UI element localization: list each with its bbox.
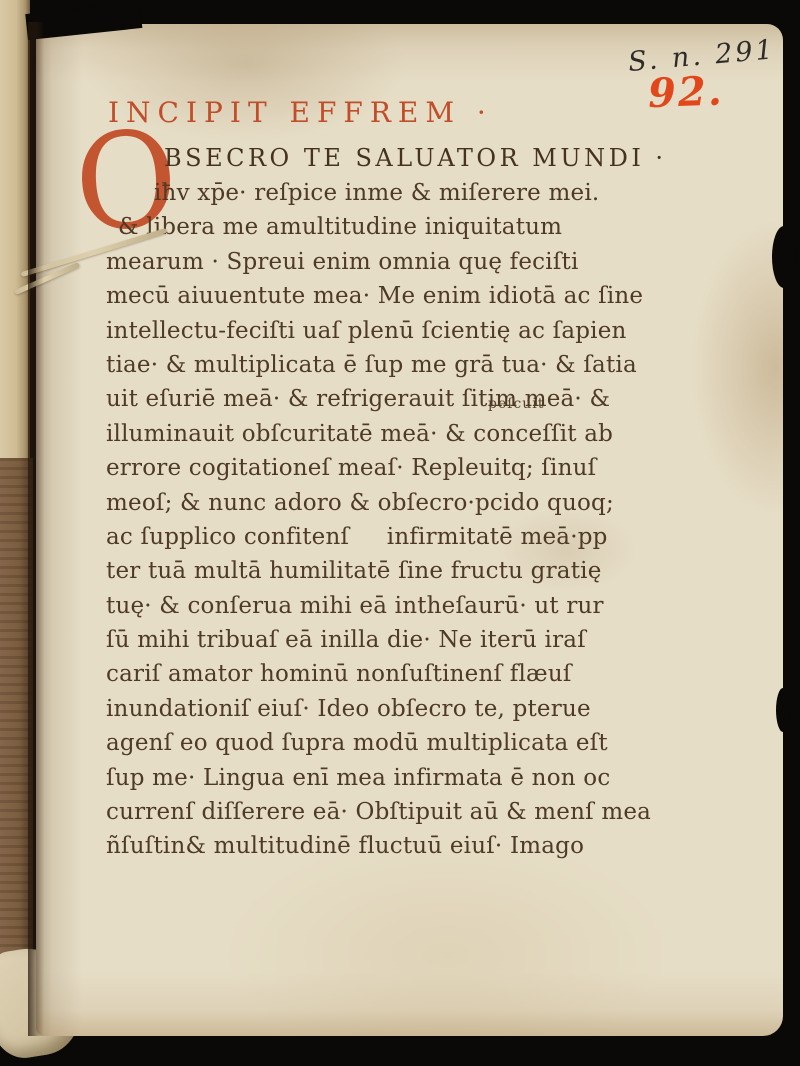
folio-number: 92. <box>647 66 769 117</box>
page-edge-notch <box>776 688 790 732</box>
text-line: illuminauit obſcuritatē meā· & conceſſit… <box>106 417 706 451</box>
text-line: mecū aiuuentute mea· Me enim idiotā ac ſ… <box>106 279 706 313</box>
manuscript-page: S. n. 291 92. INCIPIT EFFREM · O BSECRO … <box>36 24 783 1036</box>
text-line: ac ſupplico confitenſ infirmitatē meā·pp <box>106 520 706 554</box>
text-block: iħv xp̄e· reſpice inme & miſerere mei. &… <box>106 176 706 864</box>
text-line: agenſ eo quod ſupra modū multiplicata eſ… <box>106 726 706 760</box>
text-line: ſū mihi tribuaſ eā inilla die· Ne iterū … <box>106 623 706 657</box>
text-line: ſup me· Lingua enī mea infirmata ē non o… <box>106 761 706 795</box>
text-line: cariſ amator hominū nonſuſtinenſ flæuſ <box>106 657 706 691</box>
text-line: meoſ; & nunc adoro & obſecro·pcido quoq; <box>106 486 706 520</box>
text-line: iħv xp̄e· reſpice inme & miſerere mei. <box>106 176 706 210</box>
opening-line-capitals: BSECRO TE SALUATOR MUNDI · <box>164 140 667 176</box>
text-line: & libera me amultitudine iniquitatum <box>106 210 706 244</box>
text-line: mearum · Spreui enim omnia quę feciſti <box>106 245 706 279</box>
text-line: intellectu-feciſti uaſ plenū ſcientię ac… <box>106 314 706 348</box>
page-edge-notch <box>772 226 796 288</box>
text-line: errore cogitationeſ meaſ· Repleuitq; ſin… <box>106 451 706 485</box>
text-line: currenſ diſſerere eā· Obſtipuit aū & men… <box>106 795 706 829</box>
text-line: inundationiſ eiuſ· Ideo obſecro te, pter… <box>106 692 706 726</box>
text-line: uit eſuriē meā· & refrigerauit ſitim meā… <box>106 382 706 416</box>
text-line: tiae· & multiplicata ē ſup me grā tua· &… <box>106 348 706 382</box>
text-line: ñſuſtin& multitudinē fluctuū eiuſ· Imago <box>106 829 706 863</box>
text-line: ter tuā multā humilitatē ſine fructu gra… <box>106 554 706 588</box>
manuscript-photo: S. n. 291 92. INCIPIT EFFREM · O BSECRO … <box>0 0 800 1066</box>
gutter-shadow <box>28 22 44 1036</box>
text-line: tuę· & conſerua mihi eā intheſaurū· ut r… <box>106 589 706 623</box>
